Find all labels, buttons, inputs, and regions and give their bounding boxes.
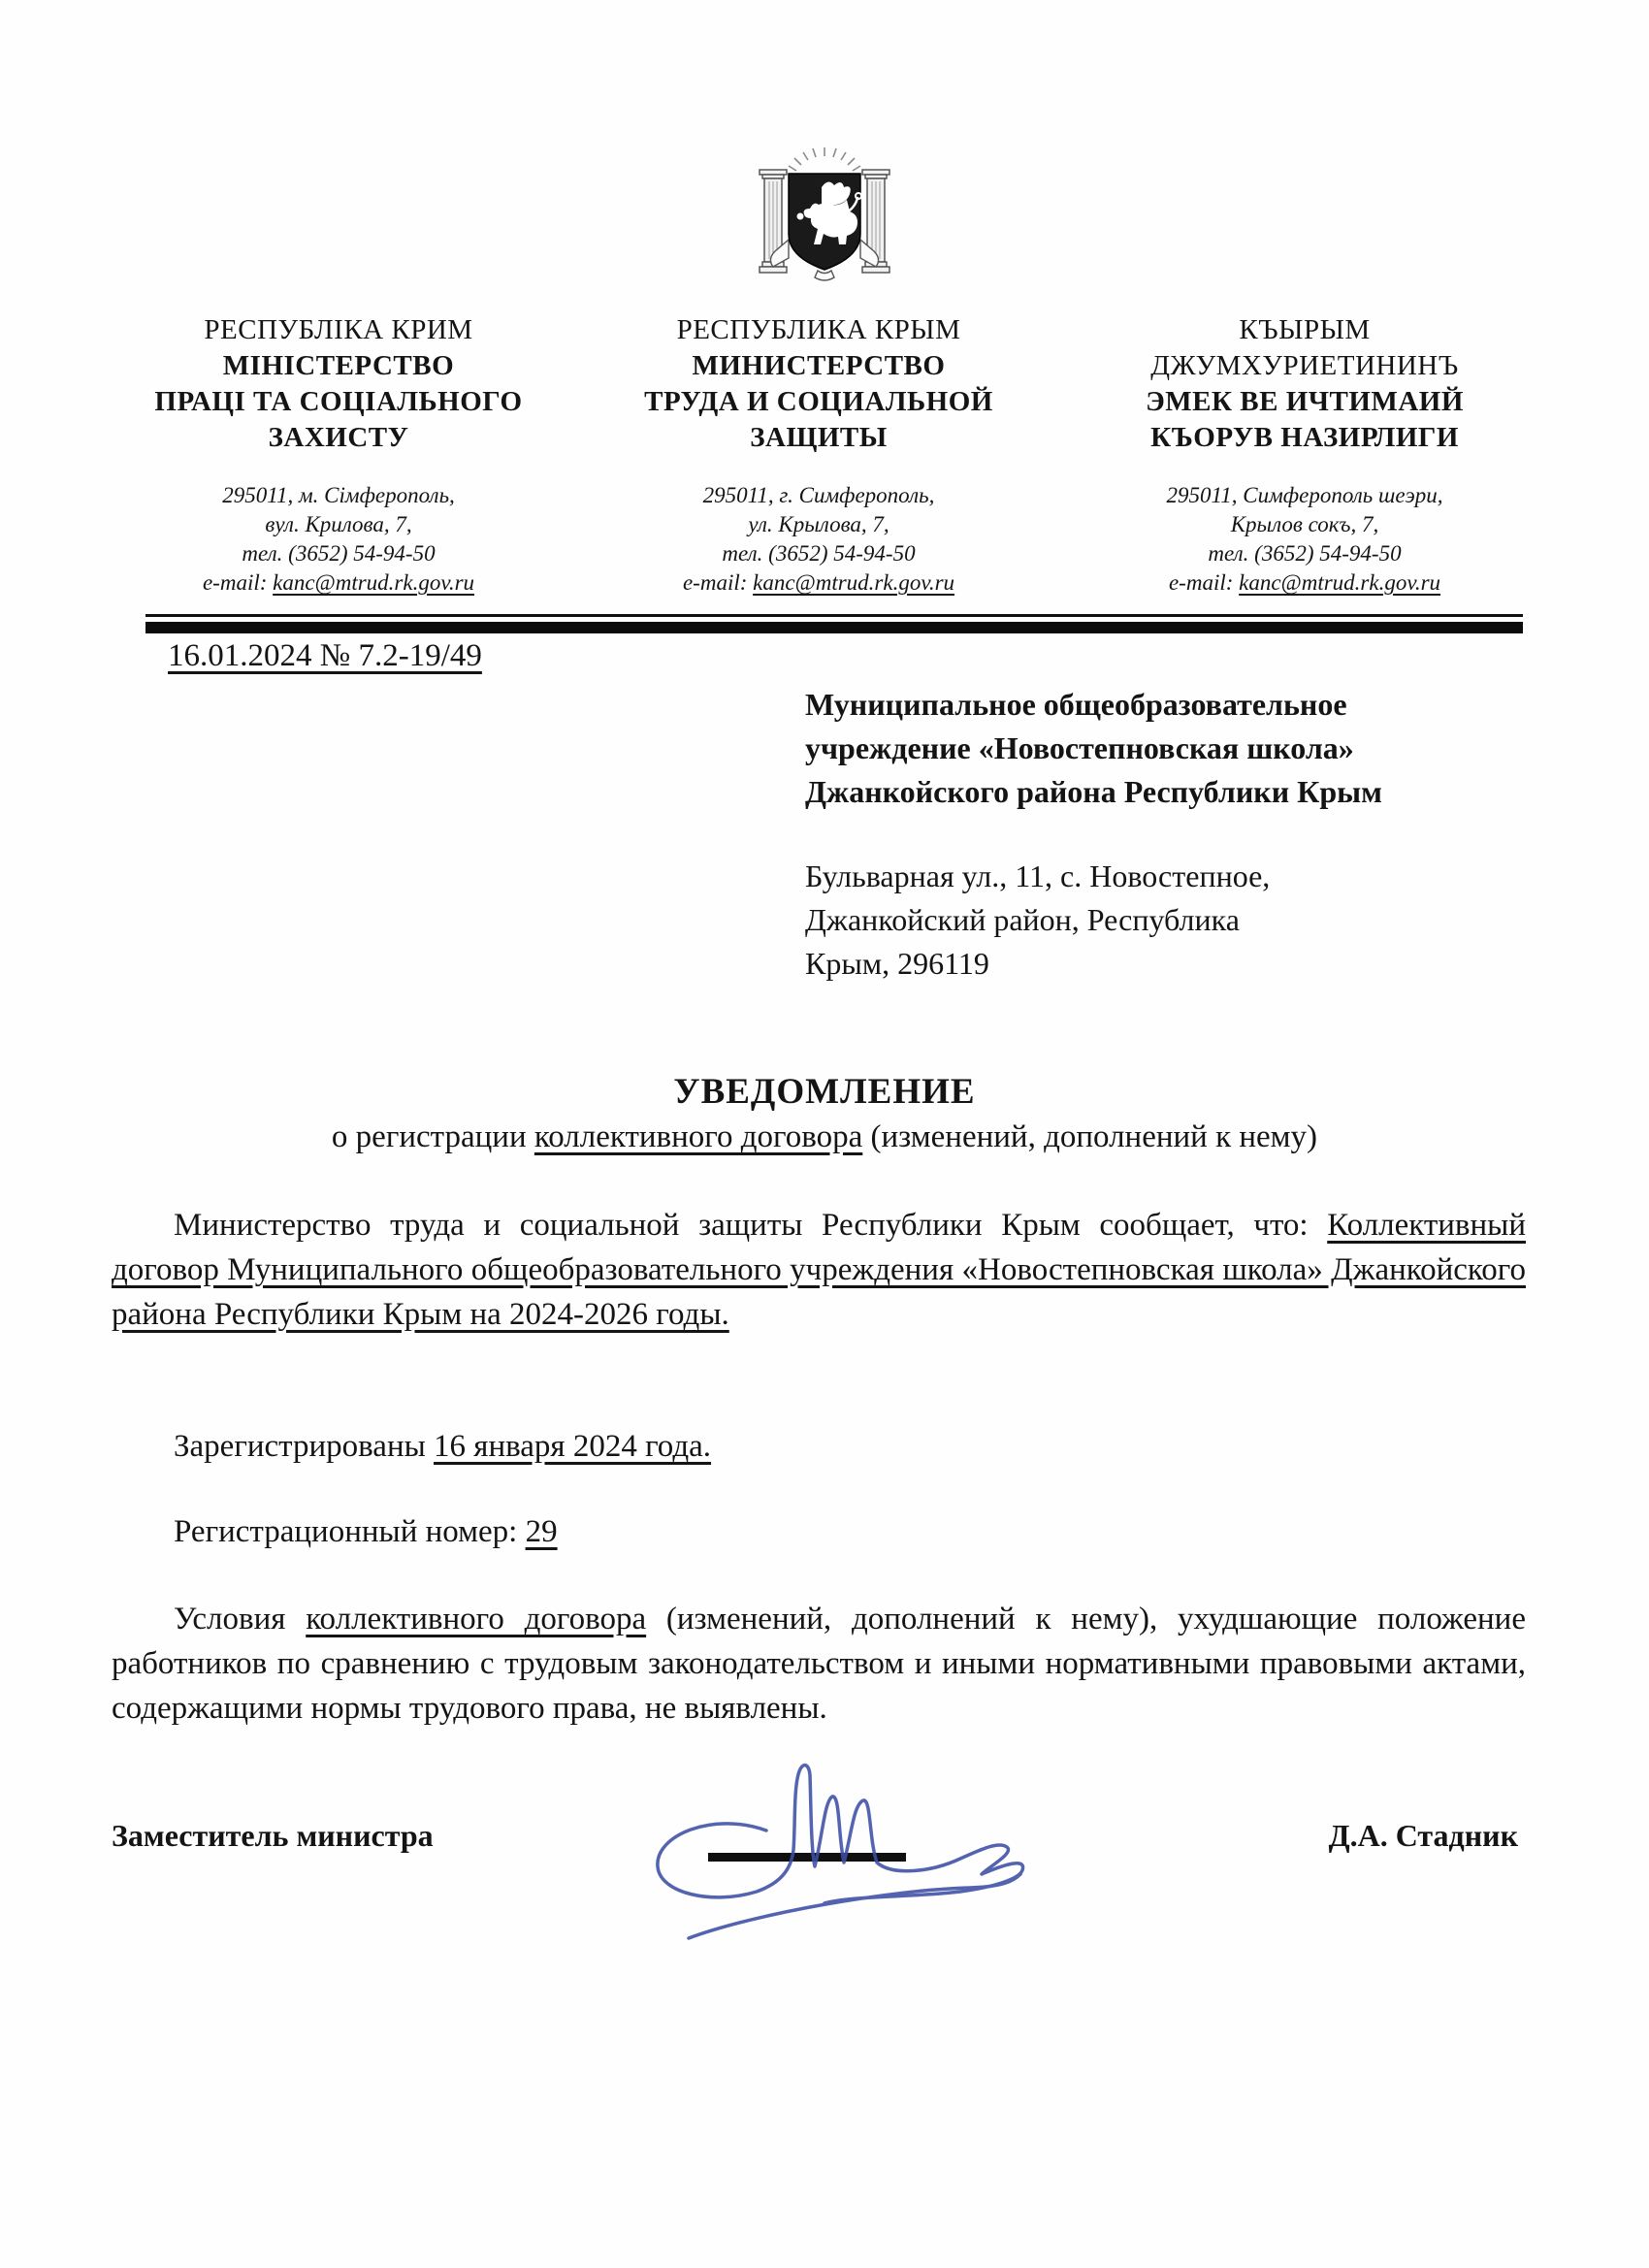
recipient-name-line: учреждение «Новостепновская школа» bbox=[805, 727, 1531, 770]
address-line: 295011, м. Сімферополь, bbox=[114, 481, 563, 510]
email-address: kanc@mtrud.rk.gov.ru bbox=[1239, 570, 1440, 595]
document-page: РЕСПУБЛІКА КРИМ МІНІСТЕРСТВО ПРАЦІ ТА СО… bbox=[0, 0, 1649, 2268]
ministry-name-line: ТРУДА И СОЦИАЛЬНОЙ bbox=[580, 384, 1057, 420]
letterhead-column-uk: РЕСПУБЛІКА КРИМ МІНІСТЕРСТВО ПРАЦІ ТА СО… bbox=[114, 312, 563, 598]
address-line: тел. (3652) 54-94-50 bbox=[1069, 539, 1540, 568]
letterhead-column-crimean-tatar: КЪЫРЫМ ДЖУМХУРИЕТИНИНЪ ЭМЕК ВЕ ИЧТИМАИЙ … bbox=[1069, 312, 1540, 598]
recipient-block: Муниципальное общеобразовательное учрежд… bbox=[805, 683, 1531, 986]
address-line: вул. Крилова, 7, bbox=[114, 510, 563, 539]
ministry-name-line: КЪОРУВ НАЗИРЛИГИ bbox=[1069, 420, 1540, 456]
notice-subtitle-suffix: (изменений, дополнений к нему) bbox=[862, 1119, 1317, 1154]
reference-date-number-text: 16.01.2024 № 7.2-19/49 bbox=[168, 638, 482, 673]
address-line: 295011, Симферополь шеэри, bbox=[1069, 481, 1540, 510]
notice-subtitle-underlined: коллективного договора bbox=[534, 1119, 862, 1154]
paragraph-underlined-text: коллективного договора bbox=[306, 1602, 646, 1636]
recipient-name-line: Джанкойского района Республики Крым bbox=[805, 770, 1531, 814]
email-label: e-mail: bbox=[1169, 570, 1239, 595]
ministry-address-block: 295011, Симферополь шеэри, Крылов сокъ, … bbox=[1069, 481, 1540, 598]
ministry-name-line: ЗАХИСТУ bbox=[114, 420, 563, 456]
registration-number-value: 29 bbox=[526, 1514, 558, 1549]
registration-number-prefix: Регистрационный номер: bbox=[174, 1514, 526, 1549]
email-line: e-mail: kanc@mtrud.rk.gov.ru bbox=[114, 568, 563, 598]
registration-date-prefix: Зарегистрированы bbox=[174, 1429, 434, 1464]
email-label: e-mail: bbox=[203, 570, 273, 595]
ministry-address-block: 295011, г. Симферополь, ул. Крылова, 7, … bbox=[580, 481, 1057, 598]
notice-subtitle-prefix: о регистрации bbox=[332, 1119, 534, 1154]
address-line: ул. Крылова, 7, bbox=[580, 510, 1057, 539]
ministry-name-line: МІНІСТЕРСТВО bbox=[114, 348, 563, 384]
ministry-region-line: КЪЫРЫМ bbox=[1069, 312, 1540, 348]
signature-scribble bbox=[621, 1758, 1086, 1947]
crimea-coat-of-arms-icon bbox=[752, 144, 897, 291]
email-label: e-mail: bbox=[683, 570, 753, 595]
ministry-region-line: РЕСПУБЛИКА КРЫМ bbox=[580, 312, 1057, 348]
paragraph-text: Министерство труда и социальной защиты Р… bbox=[174, 1208, 1327, 1243]
ministry-name-line: МИНИСТЕРСТВО bbox=[580, 348, 1057, 384]
recipient-name-line: Муниципальное общеобразовательное bbox=[805, 683, 1531, 727]
body-paragraph-1: Министерство труда и социальной защиты Р… bbox=[112, 1203, 1526, 1337]
registration-date-line: Зарегистрированы 16 января 2024 года. bbox=[112, 1424, 1526, 1469]
notice-title: УВЕДОМЛЕНИЕ bbox=[0, 1071, 1649, 1113]
address-line: Крылов сокъ, 7, bbox=[1069, 510, 1540, 539]
registration-number-line: Регистрационный номер: 29 bbox=[112, 1509, 1526, 1554]
notice-subtitle: о регистрации коллективного договора (из… bbox=[0, 1119, 1649, 1155]
recipient-address-line: Джанкойский район, Республика bbox=[805, 898, 1531, 942]
reference-date-number: 16.01.2024 № 7.2-19/49 bbox=[168, 638, 482, 674]
ministry-region-line: РЕСПУБЛІКА КРИМ bbox=[114, 312, 563, 348]
ministry-address-block: 295011, м. Сімферополь, вул. Крилова, 7,… bbox=[114, 481, 563, 598]
registration-date-value: 16 января 2024 года. bbox=[434, 1429, 711, 1464]
ministry-region-line: ДЖУМХУРИЕТИНИНЪ bbox=[1069, 348, 1540, 384]
paragraph-text: Условия bbox=[174, 1602, 306, 1636]
ministry-name-line: ЭМЕК ВЕ ИЧТИМАИЙ bbox=[1069, 384, 1540, 420]
signer-name: Д.А. Стадник bbox=[1242, 1818, 1518, 1854]
letterhead-divider bbox=[145, 622, 1523, 633]
letterhead-column-ru: РЕСПУБЛИКА КРЫМ МИНИСТЕРСТВО ТРУДА И СОЦ… bbox=[580, 312, 1057, 598]
email-address: kanc@mtrud.rk.gov.ru bbox=[273, 570, 474, 595]
recipient-address-line: Бульварная ул., 11, с. Новостепное, bbox=[805, 855, 1531, 898]
ministry-name-line: ПРАЦІ ТА СОЦІАЛЬНОГО bbox=[114, 384, 563, 420]
address-line: тел. (3652) 54-94-50 bbox=[114, 539, 563, 568]
address-line: тел. (3652) 54-94-50 bbox=[580, 539, 1057, 568]
ministry-name-line: ЗАЩИТЫ bbox=[580, 420, 1057, 456]
address-line: 295011, г. Симферополь, bbox=[580, 481, 1057, 510]
signer-position: Заместитель министра bbox=[112, 1818, 434, 1854]
letterhead-divider-thin bbox=[145, 614, 1523, 617]
email-line: e-mail: kanc@mtrud.rk.gov.ru bbox=[1069, 568, 1540, 598]
email-line: e-mail: kanc@mtrud.rk.gov.ru bbox=[580, 568, 1057, 598]
body-paragraph-2: Условия коллективного договора (изменени… bbox=[112, 1597, 1526, 1731]
recipient-address-line: Крым, 296119 bbox=[805, 942, 1531, 986]
email-address: kanc@mtrud.rk.gov.ru bbox=[753, 570, 954, 595]
